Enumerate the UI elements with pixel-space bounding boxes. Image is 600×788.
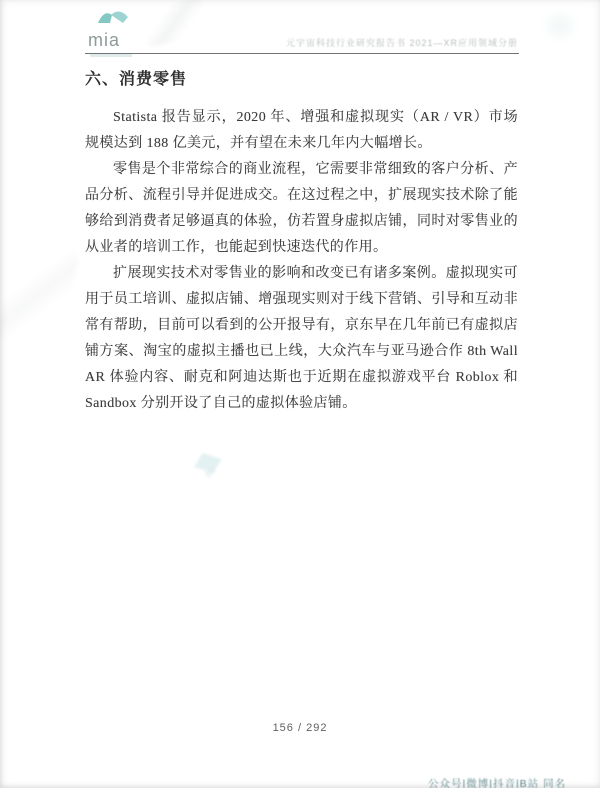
logo-tagline xyxy=(90,54,132,57)
publisher-logo: mia xyxy=(88,6,168,57)
logo-wordmark: mia xyxy=(88,30,120,50)
page-body: 六、消费零售 Statista 报告显示，2020 年、增强和虚拟现实（AR /… xyxy=(85,62,518,417)
paragraph-1: Statista 报告显示，2020 年、增强和虚拟现实（AR / VR）市场规… xyxy=(85,105,518,157)
paragraph-2: 零售是个非常综合的商业流程，它需要非常细致的客户分析、产品分析、流程引导并促进成… xyxy=(85,157,518,261)
paragraph-3: 扩展现实技术对零售业的影响和改变已有诸多案例。虚拟现实可用于员工培训、虚拟店铺、… xyxy=(85,261,518,417)
document-page: mia 元宇宙科技行业研究报告书 2021—XR应用领域分册 六、消费零售 St… xyxy=(0,0,600,788)
bird-logo-icon xyxy=(96,6,168,31)
watermark-bottom-right-text: 公众号|微博|抖音|B站 同名 xyxy=(428,776,600,788)
running-head-doc-title: 元宇宙科技行业研究报告书 2021—XR应用领域分册 xyxy=(286,36,518,49)
watermark-smudge-left xyxy=(0,244,78,348)
watermark-smudge-top-right xyxy=(540,8,580,44)
page-number: 156 / 292 xyxy=(0,722,600,734)
section-title: 六、消费零售 xyxy=(85,66,518,89)
header-divider xyxy=(85,53,519,54)
